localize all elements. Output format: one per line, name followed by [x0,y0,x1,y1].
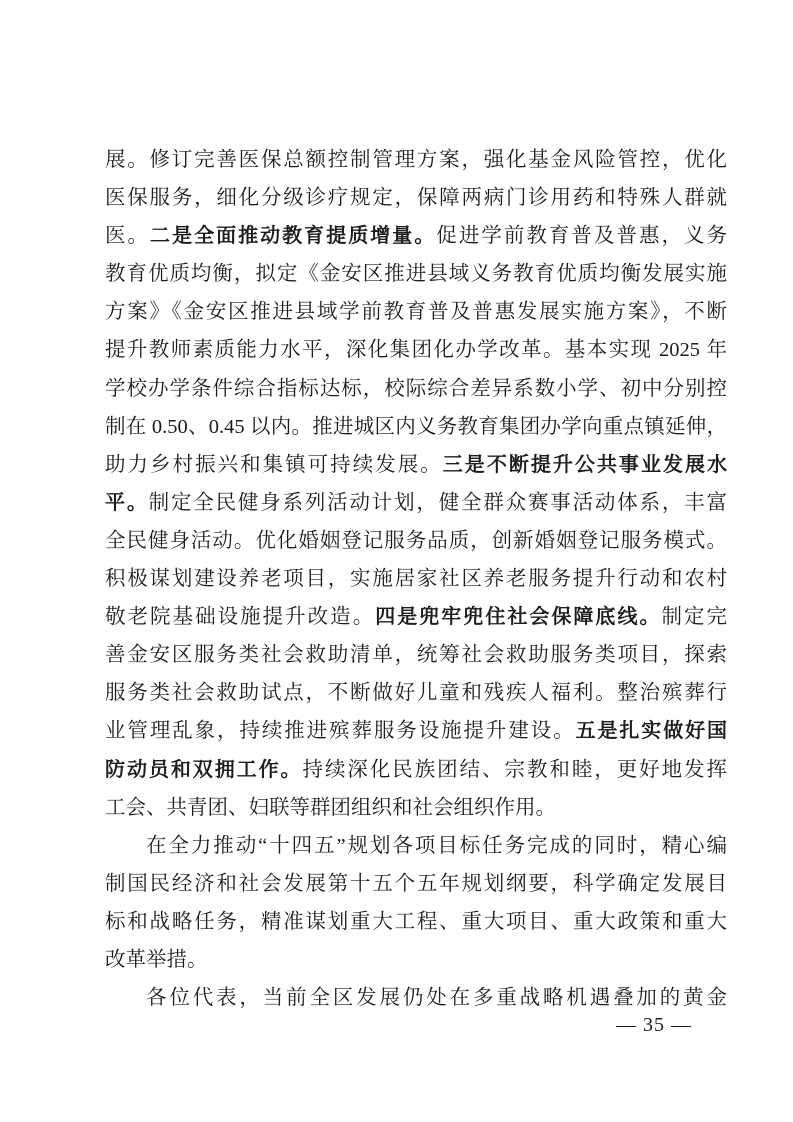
text-run: 助力乡村振兴和集镇可持续发展。 [105,454,443,476]
text-run: 展。修订完善医保总额控制管理方案，强化基金风险管控，优化 [105,149,727,171]
text-line: 各位代表，当前全区发展仍处在多重战略机遇叠加的黄金 [105,979,727,1017]
text-line: 制国民经济和社会发展第十五个五年规划纲要，科学确定发展目 [105,865,727,903]
text-run: 善金安区服务类社会救助清单，统筹社会救助服务类项目，探索 [105,644,727,666]
text-run: 全民健身活动。优化婚姻登记服务品质，创新婚姻登记服务模式。 [105,530,727,552]
bold-text-run: 平。 [105,492,149,514]
text-run: 服务类社会救助试点，不断做好儿童和残疾人福利。整治殡葬行 [105,682,727,704]
bold-text-run: 三是不断提升公共事业发展水 [443,454,727,476]
document-page: 展。修订完善医保总额控制管理方案，强化基金风险管控，优化医保服务，细化分级诊疗规… [0,0,793,1122]
text-run: 标和战略任务，精准谋划重大工程、重大项目、重大政策和重大 [105,911,727,933]
text-line: 业管理乱象，持续推进殡葬服务设施提升建设。五是扎实做好国 [105,712,727,750]
text-run: 提升教师素质能力水平，深化集团化办学改革。基本实现 2025 年 [105,339,727,361]
text-line: 学校办学条件综合指标达标，校际综合差异系数小学、初中分别控 [105,370,727,408]
text-line: 方案》《金安区推进县域学前教育普及普惠发展实施方案》，不断 [105,293,727,331]
text-run: 方案》《金安区推进县域学前教育普及普惠发展实施方案》，不断 [105,301,727,323]
text-run: 制定完 [661,606,727,628]
bold-text-run: 五是扎实做好国 [576,720,727,742]
text-run: 促进学前教育普及普惠，义务 [436,225,727,247]
text-run: 敬老院基础设施提升改造。 [105,606,375,628]
text-run: 各位代表，当前全区发展仍处在多重战略机遇叠加的黄金 [146,987,727,1009]
text-run: 制在 0.50、0.45 以内。推进城区内义务教育集团办学向重点镇延伸， [105,416,727,438]
bold-text-run: 防动员和双拥工作。 [105,759,303,781]
bold-text-run: 四是兜牢兜住社会保障底线。 [375,606,661,628]
text-run: 工会、共青团、妇联等群团组织和社会组织作用。 [105,797,556,819]
text-line: 平。制定全民健身系列活动计划，健全群众赛事活动体系，丰富 [105,484,727,522]
text-line: 善金安区服务类社会救助清单，统筹社会救助服务类项目，探索 [105,636,727,674]
text-run: 持续深化民族团结、宗教和睦，更好地发挥 [303,759,728,781]
text-line: 医。二是全面推动教育提质增量。促进学前教育普及普惠，义务 [105,217,727,255]
text-line: 积极谋划建设养老项目，实施居家社区养老服务提升行动和农村 [105,560,727,598]
text-run: 医。 [105,225,150,247]
text-run: 业管理乱象，持续推进殡葬服务设施提升建设。 [105,720,576,742]
text-line: 展。修订完善医保总额控制管理方案，强化基金风险管控，优化 [105,141,727,179]
text-line: 改革举措。 [105,941,727,979]
text-line: 提升教师素质能力水平，深化集团化办学改革。基本实现 2025 年 [105,331,727,369]
text-line: 标和战略任务，精准谋划重大工程、重大项目、重大政策和重大 [105,903,727,941]
text-line: 工会、共青团、妇联等群团组织和社会组织作用。 [105,789,727,827]
text-run: 制定全民健身系列活动计划，健全群众赛事活动体系，丰富 [149,492,727,514]
document-body: 展。修订完善医保总额控制管理方案，强化基金风险管控，优化医保服务，细化分级诊疗规… [105,141,727,1017]
text-line: 在全力推动“十四五”规划各项目标任务完成的同时，精心编 [105,827,727,865]
text-line: 防动员和双拥工作。持续深化民族团结、宗教和睦，更好地发挥 [105,751,727,789]
text-line: 敬老院基础设施提升改造。四是兜牢兜住社会保障底线。制定完 [105,598,727,636]
text-line: 助力乡村振兴和集镇可持续发展。三是不断提升公共事业发展水 [105,446,727,484]
text-run: 教育优质均衡，拟定《金安区推进县域义务教育优质均衡发展实施 [105,263,727,285]
text-line: 服务类社会救助试点，不断做好儿童和残疾人福利。整治殡葬行 [105,674,727,712]
text-line: 医保服务，细化分级诊疗规定，保障两病门诊用药和特殊人群就 [105,179,727,217]
text-run: 在全力推动“十四五”规划各项目标任务完成的同时，精心编 [146,835,727,857]
page-number: — 35 — [616,1014,692,1037]
text-run: 学校办学条件综合指标达标，校际综合差异系数小学、初中分别控 [105,378,727,400]
text-run: 制国民经济和社会发展第十五个五年规划纲要，科学确定发展目 [105,873,727,895]
text-run: 改革举措。 [105,949,208,971]
text-run: 医保服务，细化分级诊疗规定，保障两病门诊用药和特殊人群就 [105,187,727,209]
bold-text-run: 二是全面推动教育提质增量。 [150,225,436,247]
text-line: 全民健身活动。优化婚姻登记服务品质，创新婚姻登记服务模式。 [105,522,727,560]
text-run: 积极谋划建设养老项目，实施居家社区养老服务提升行动和农村 [105,568,727,590]
text-line: 制在 0.50、0.45 以内。推进城区内义务教育集团办学向重点镇延伸， [105,408,727,446]
text-line: 教育优质均衡，拟定《金安区推进县域义务教育优质均衡发展实施 [105,255,727,293]
